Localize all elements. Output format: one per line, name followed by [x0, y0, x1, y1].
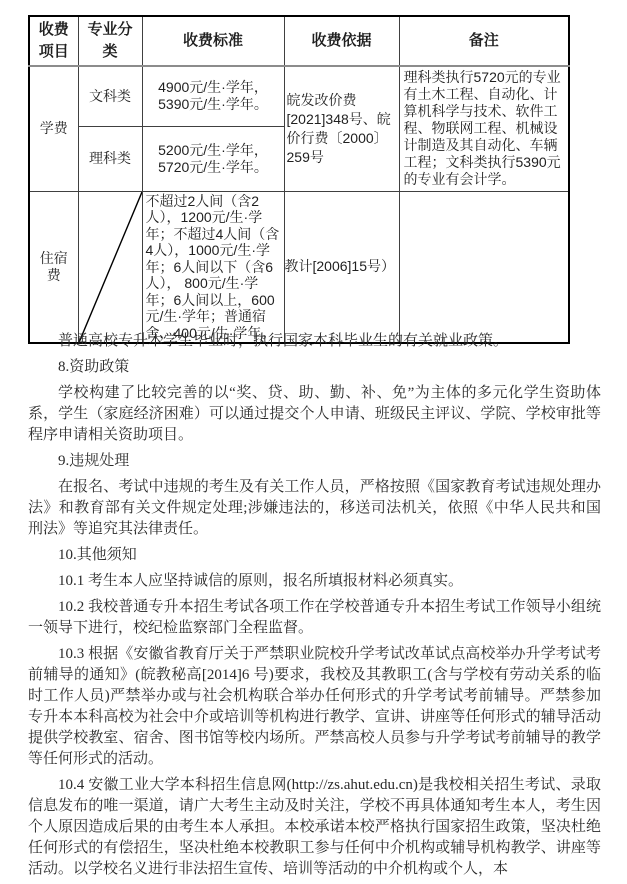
header-remarks: 备注 [399, 16, 569, 66]
fee-table: 收费项目 专业分类 收费标准 收费依据 备注 学费 文科类 4900元/生·学年… [28, 15, 570, 344]
paragraph-10-1: 10.1 考生本人应坚持诚信的原则，报名所填报材料必须真实。 [28, 571, 601, 592]
document-body: 普通高校专升本学生毕业时，执行国家本科毕业生的有关就业政策。 8.资助政策 学校… [0, 331, 627, 884]
category-science: 理科类 [78, 126, 142, 191]
document-page: 收费项目 专业分类 收费标准 收费依据 备注 学费 文科类 4900元/生·学年… [0, 0, 627, 884]
paragraph-10-4: 10.4 安徽工业大学本科招生信息网(http://zs.ahut.edu.cn… [28, 775, 601, 880]
paragraph-aid-system: 学校构建了比较完善的以“奖、贷、助、勤、补、免”为主体的多元化学生资助体系，学生… [28, 383, 601, 446]
heading-section-10: 10.其他须知 [28, 545, 601, 566]
basis-tuition: 皖发改价费[2021]348号、皖价行费〔2000〕259号 [284, 66, 399, 191]
remark-accommodation [399, 191, 569, 343]
basis-accommodation: 教计[2006]15号） [284, 191, 399, 343]
paragraph-10-2: 10.2 我校普通专升本招生考试各项工作在学校普通专升本招生考试工作领导小组统一… [28, 597, 601, 639]
remark-tuition: 理科类执行5720元的专业有土木工程、自动化、计算机科学与技术、软件工程、物联网… [399, 66, 569, 191]
paragraph-10-3: 10.3 根据《安徽省教育厅关于严禁职业院校升学考试改革试点高校举办升学考试考前… [28, 644, 601, 770]
header-major-category: 专业分类 [78, 16, 142, 66]
fee-table-header-row: 收费项目 专业分类 收费标准 收费依据 备注 [29, 16, 569, 66]
standard-science: 5200元/生·学年， 5720元/生·学年。 [142, 126, 284, 191]
heading-section-8: 8.资助政策 [28, 357, 601, 378]
fee-item-accommodation: 住宿费 [29, 191, 78, 343]
header-fee-standard: 收费标准 [142, 16, 284, 66]
fee-item-tuition: 学费 [29, 66, 78, 191]
category-liberal-arts: 文科类 [78, 66, 142, 126]
diagonal-slash-icon [79, 192, 142, 343]
category-accommodation-empty [78, 191, 142, 343]
accommodation-row: 住宿费 不超过2人间（含2人），1200元/生·学年；不超过4人间（含4人），1… [29, 191, 569, 343]
standard-accommodation: 不超过2人间（含2人），1200元/生·学年；不超过4人间（含4人），1000元… [142, 191, 284, 343]
heading-section-9: 9.违规处理 [28, 451, 601, 472]
standard-liberal-arts: 4900元/生·学年， 5390元/生·学年。 [142, 66, 284, 126]
paragraph-employment-policy: 普通高校专升本学生毕业时，执行国家本科毕业生的有关就业政策。 [28, 331, 601, 352]
header-fee-basis: 收费依据 [284, 16, 399, 66]
header-fee-item: 收费项目 [29, 16, 78, 66]
paragraph-violation-handling: 在报名、考试中违规的考生及有关工作人员，严格按照《国家教育考试违规处理办法》和教… [28, 477, 601, 540]
tuition-row-liberal-arts: 学费 文科类 4900元/生·学年， 5390元/生·学年。 皖发改价费[202… [29, 66, 569, 126]
